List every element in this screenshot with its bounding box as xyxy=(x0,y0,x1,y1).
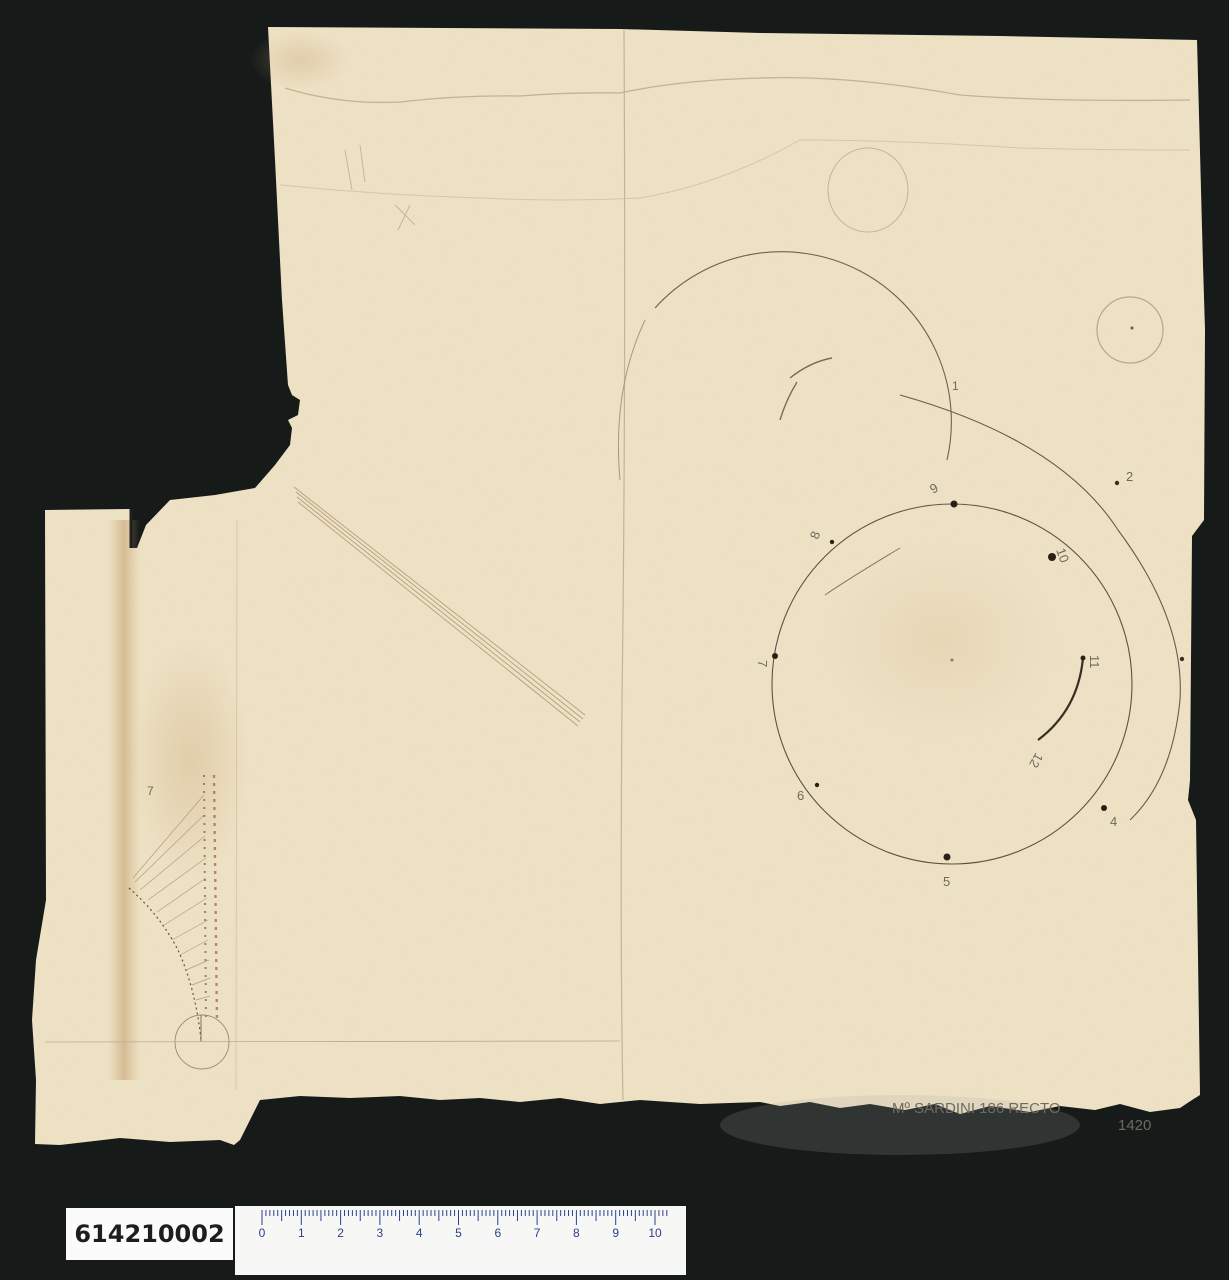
drawing-sheet: 9 10 11 12 4 5 6 7 8 1 2 7 xyxy=(0,0,1229,1280)
ruler-label-2: 2 xyxy=(337,1226,344,1240)
stain xyxy=(250,30,350,90)
ruler-label-3: 3 xyxy=(377,1226,384,1240)
catalog-id-tag: 614210002 xyxy=(66,1208,233,1260)
center-mark xyxy=(951,659,954,662)
inventory-number: 1420 xyxy=(1118,1117,1151,1134)
ruler-label-0: 0 xyxy=(259,1226,266,1240)
stain xyxy=(130,640,250,880)
ruler-label-6: 6 xyxy=(494,1226,501,1240)
circle-label-7: 7 xyxy=(755,660,770,667)
ruler-label-4: 4 xyxy=(416,1226,423,1240)
outer-arc-label-1: 1 xyxy=(952,379,959,393)
ruler-label-9: 9 xyxy=(612,1226,619,1240)
circle-label-6: 6 xyxy=(797,788,804,803)
circle-label-4: 4 xyxy=(1110,814,1117,829)
outer-arc-point xyxy=(1115,481,1119,485)
ruler-ticks: 012345678910 xyxy=(235,1206,686,1275)
circle-label-5: 5 xyxy=(943,874,950,889)
catalog-id: 614210002 xyxy=(74,1220,224,1248)
circle-label-11: 11 xyxy=(1087,655,1102,669)
ruler-label-5: 5 xyxy=(455,1226,462,1240)
scale-ruler: 012345678910 xyxy=(235,1206,686,1275)
ruler-label-10: 10 xyxy=(648,1226,662,1240)
stain xyxy=(820,540,1060,740)
left-scale-mark: 7 xyxy=(147,784,154,798)
archive-mark: Mº SARDINI 186 RECTO xyxy=(892,1100,1061,1117)
faint-circle-right-center xyxy=(1131,327,1134,330)
outer-arc-point xyxy=(1101,805,1107,811)
ruler-label-7: 7 xyxy=(534,1226,541,1240)
ruler-label-1: 1 xyxy=(298,1226,305,1240)
ruler-label-8: 8 xyxy=(573,1226,580,1240)
outer-arc-point xyxy=(1180,657,1184,661)
outer-arc-label-2: 2 xyxy=(1126,469,1133,484)
